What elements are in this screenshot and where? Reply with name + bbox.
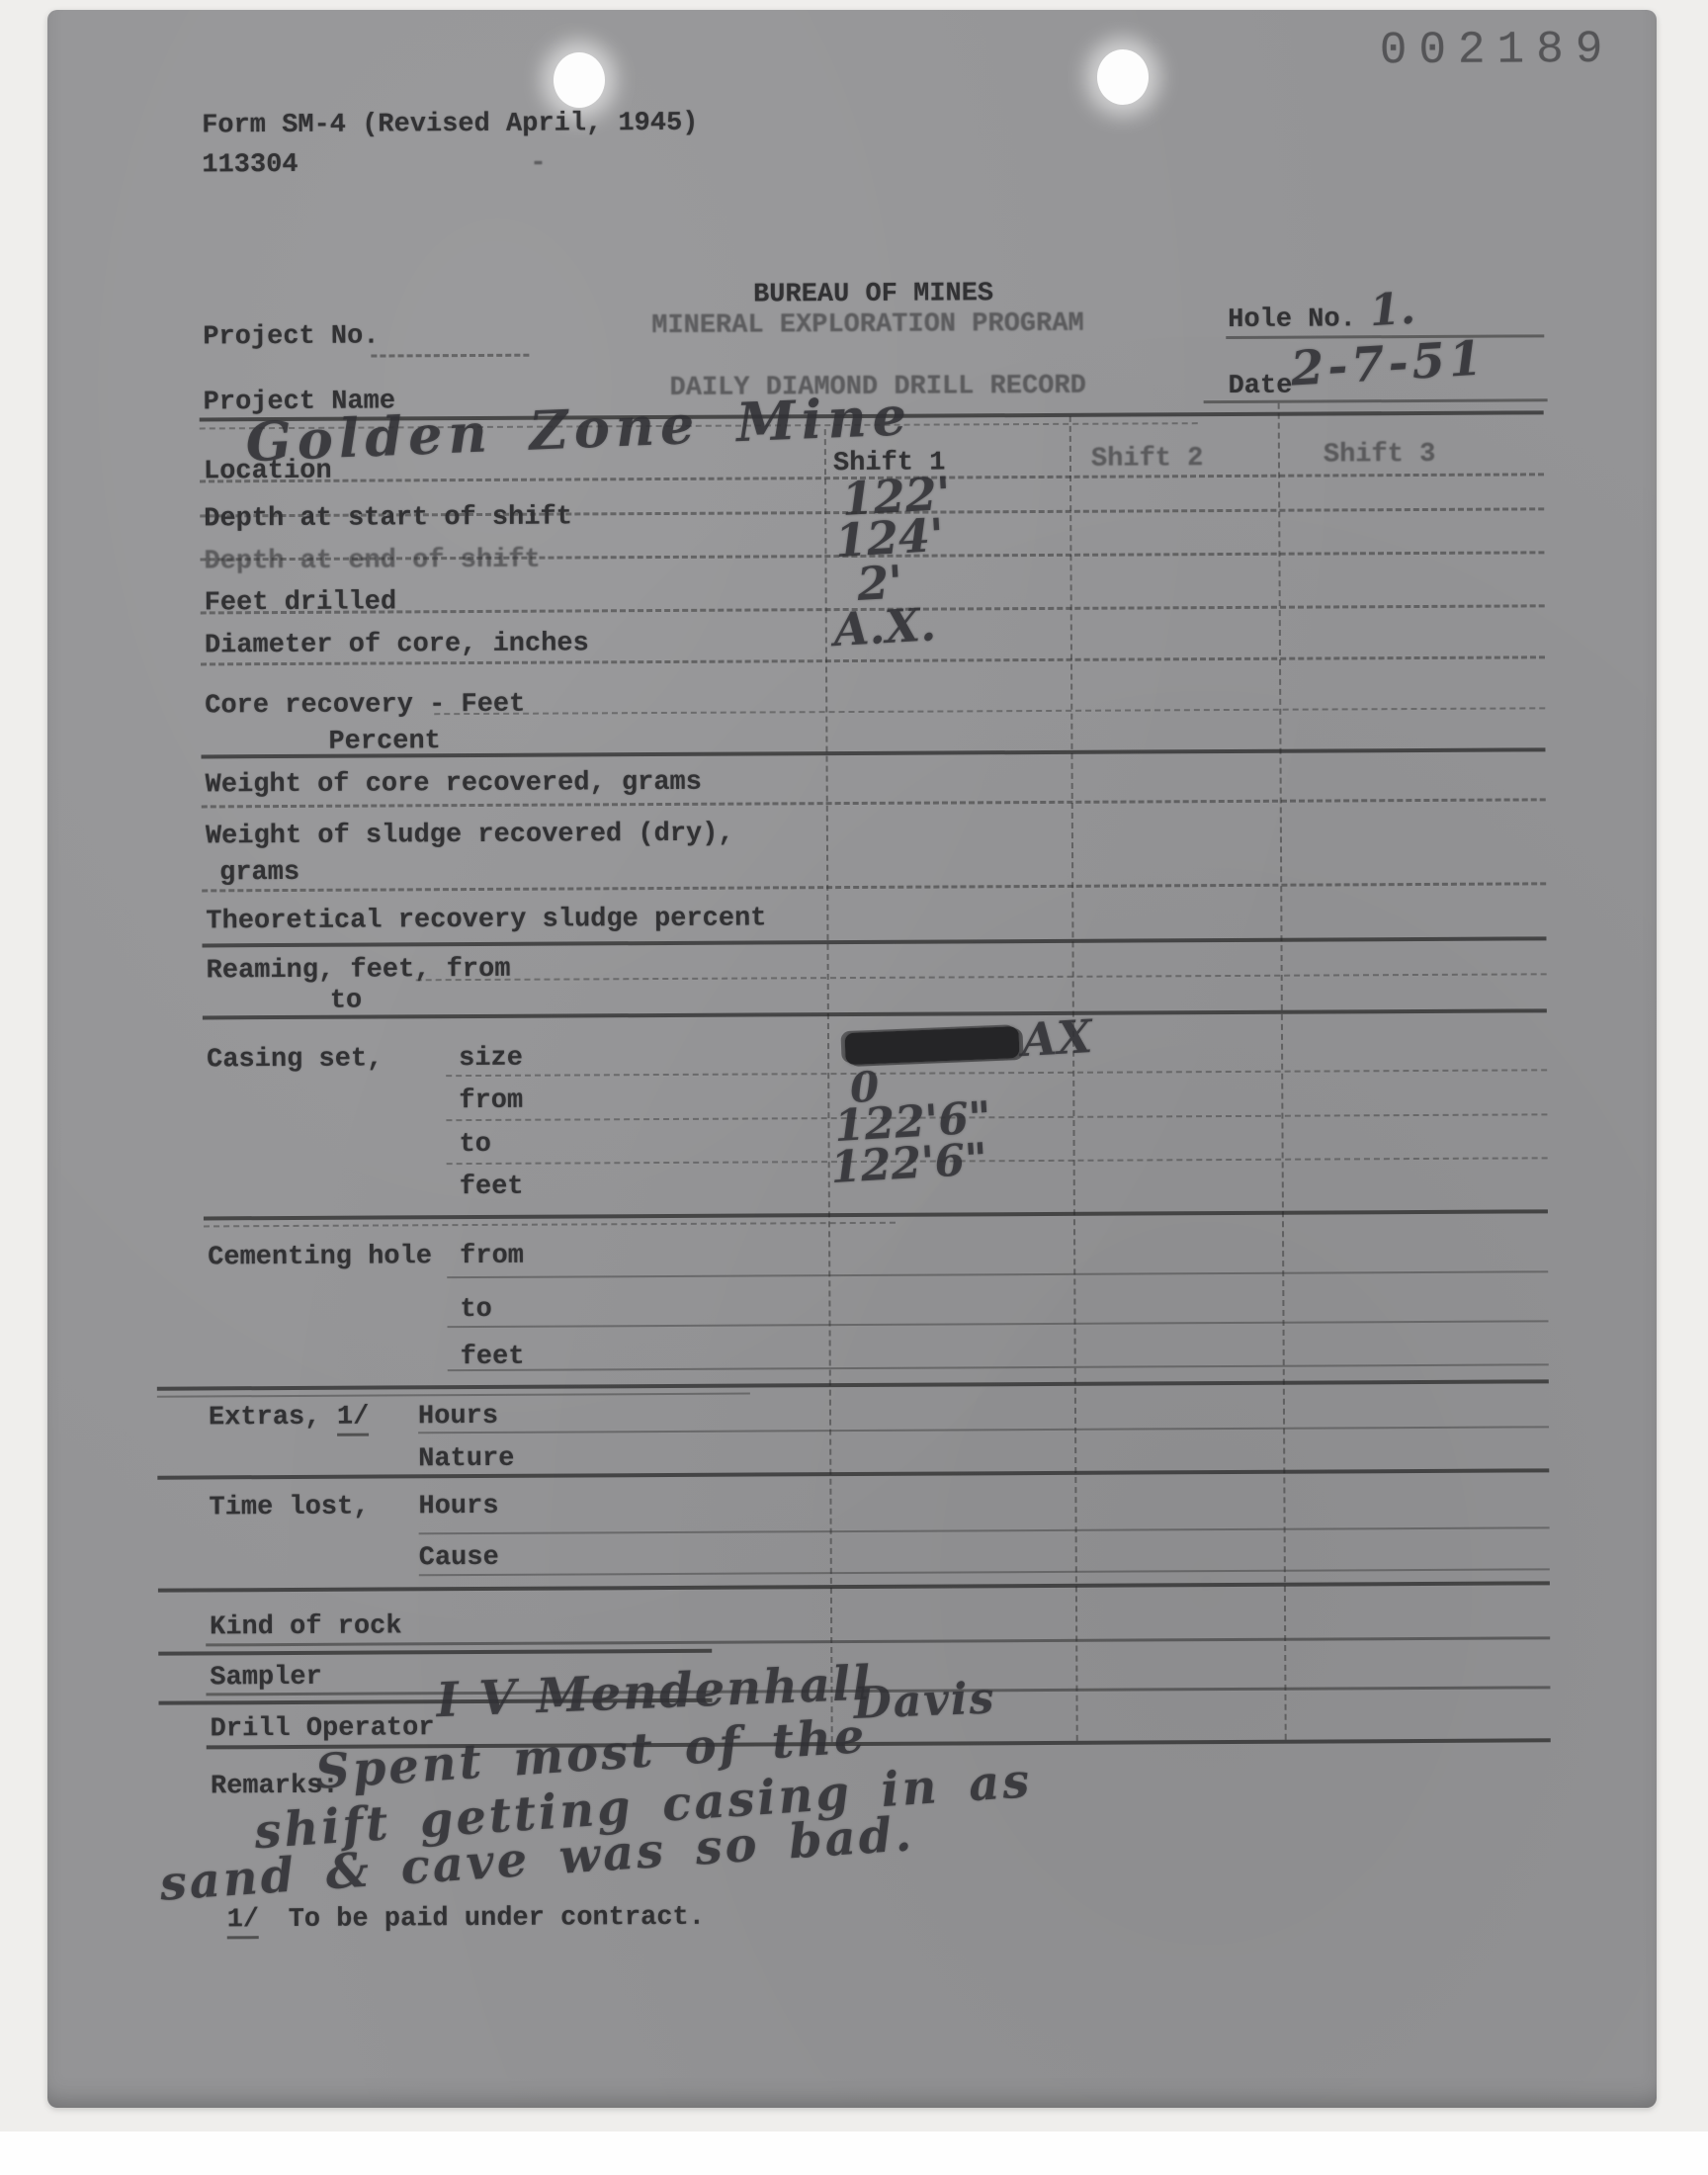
- form-content: 002189 Form SM-4 (Revised April, 1945) 1…: [43, 6, 1664, 2112]
- extras-label: Extras,: [209, 1402, 321, 1435]
- sampler-label: Sampler: [210, 1662, 322, 1695]
- scanned-form-page: 002189 Form SM-4 (Revised April, 1945) 1…: [47, 10, 1657, 2108]
- casing-size-value: AX: [1020, 1009, 1093, 1067]
- row-rule: [446, 1113, 1547, 1121]
- extras-footnote-ref: 1/: [337, 1402, 370, 1434]
- column-divider-shift2: [1069, 416, 1078, 1741]
- row-rule: [448, 1363, 1549, 1371]
- hole-no-value-handwritten: 1.: [1368, 284, 1416, 337]
- core-diameter-label: Diameter of core, inches: [205, 628, 589, 661]
- section-rule: [202, 936, 1546, 947]
- column-divider-shift1: [824, 429, 833, 1742]
- stray-mark: -: [530, 148, 546, 180]
- program-title: MINERAL EXPLORATION PROGRAM: [651, 308, 1084, 342]
- footnote-ref: 1/: [227, 1904, 260, 1936]
- time-lost-hours-label: Hours: [418, 1491, 498, 1522]
- kind-of-rock-label: Kind of rock: [210, 1610, 402, 1643]
- drill-operator-signature-2: Davis: [853, 1673, 997, 1729]
- section-rule: [158, 1581, 1550, 1592]
- core-diameter-shift1-value: A.X.: [832, 597, 937, 656]
- row-rule: [206, 1636, 1550, 1646]
- row-rule: [419, 1568, 1550, 1576]
- column-header-shift2: Shift 2: [1091, 443, 1204, 476]
- row-rule: [419, 1526, 1550, 1534]
- weight-sludge-label-line2: grams: [219, 857, 299, 889]
- section-rule-echo: [204, 1222, 896, 1228]
- project-no-blank: [371, 354, 529, 358]
- weight-core-label: Weight of core recovered, grams: [206, 767, 702, 802]
- cementing-from-label: from: [460, 1241, 524, 1272]
- casing-feet-label: feet: [460, 1172, 524, 1203]
- column-header-shift3: Shift 3: [1324, 439, 1436, 472]
- depth-start-label: Depth at start of shift: [204, 501, 572, 535]
- section-rule: [204, 1209, 1548, 1220]
- serial-number-stamp: 002189: [1380, 34, 1615, 66]
- casing-size-label: size: [459, 1043, 523, 1075]
- casing-from-label: from: [459, 1086, 523, 1117]
- row-rule: [447, 1270, 1548, 1278]
- date-value-handwritten: 2-7-51: [1289, 330, 1487, 396]
- scan-background-strip: [0, 2131, 1708, 2175]
- cementing-label: Cementing hole: [208, 1241, 432, 1273]
- row-rule: [446, 1069, 1547, 1077]
- crossed-out-entry: [844, 1026, 1019, 1065]
- project-no-label: Project No.: [203, 320, 379, 353]
- row-rule: [418, 1426, 1549, 1434]
- row-rule: [416, 973, 1547, 981]
- org-title: BUREAU OF MINES: [753, 278, 993, 310]
- row-rule: [448, 1320, 1549, 1328]
- footnote-ref-text: 1/: [227, 1905, 260, 1939]
- footnote-text: To be paid under contract.: [289, 1902, 705, 1936]
- casing-to-label: to: [459, 1129, 491, 1161]
- section-rule-echo: [157, 1393, 750, 1398]
- casing-feet-value: 122'6": [829, 1134, 989, 1193]
- reaming-label: Reaming, feet, from: [207, 954, 511, 988]
- theoretical-recovery-label: Theoretical recovery sludge percent: [206, 903, 766, 937]
- row-rule-echo: [158, 1649, 712, 1656]
- depth-end-label: Depth at end of shift: [204, 545, 540, 578]
- form-id-line1: Form SM-4 (Revised April, 1945): [202, 108, 698, 142]
- feet-drilled-label: Feet drilled: [205, 586, 397, 619]
- form-id-line2: 113304: [202, 149, 298, 182]
- extras-hours-label: Hours: [418, 1401, 498, 1433]
- section-rule: [203, 1008, 1547, 1019]
- time-lost-label: Time lost,: [209, 1492, 369, 1524]
- hole-no-label: Hole No.: [1228, 304, 1356, 336]
- row-rule: [447, 1157, 1548, 1165]
- extras-nature-label: Nature: [418, 1443, 514, 1476]
- date-underline: [1204, 398, 1548, 403]
- row-rule: [434, 707, 1545, 715]
- casing-set-label: Casing set,: [207, 1043, 383, 1076]
- weight-sludge-label-line1: Weight of sludge recovered (dry),: [206, 819, 734, 853]
- section-rule: [157, 1379, 1549, 1390]
- extras-footnote-ref-text: 1/: [337, 1403, 370, 1436]
- cementing-to-label: to: [460, 1294, 492, 1326]
- reaming-to-label: to: [330, 986, 363, 1017]
- section-rule: [157, 1468, 1549, 1479]
- time-lost-cause-label: Cause: [419, 1542, 499, 1574]
- core-recovery-feet-label: Core recovery - Feet: [205, 689, 525, 723]
- row-rule: [202, 882, 1546, 892]
- date-label: Date: [1228, 371, 1292, 402]
